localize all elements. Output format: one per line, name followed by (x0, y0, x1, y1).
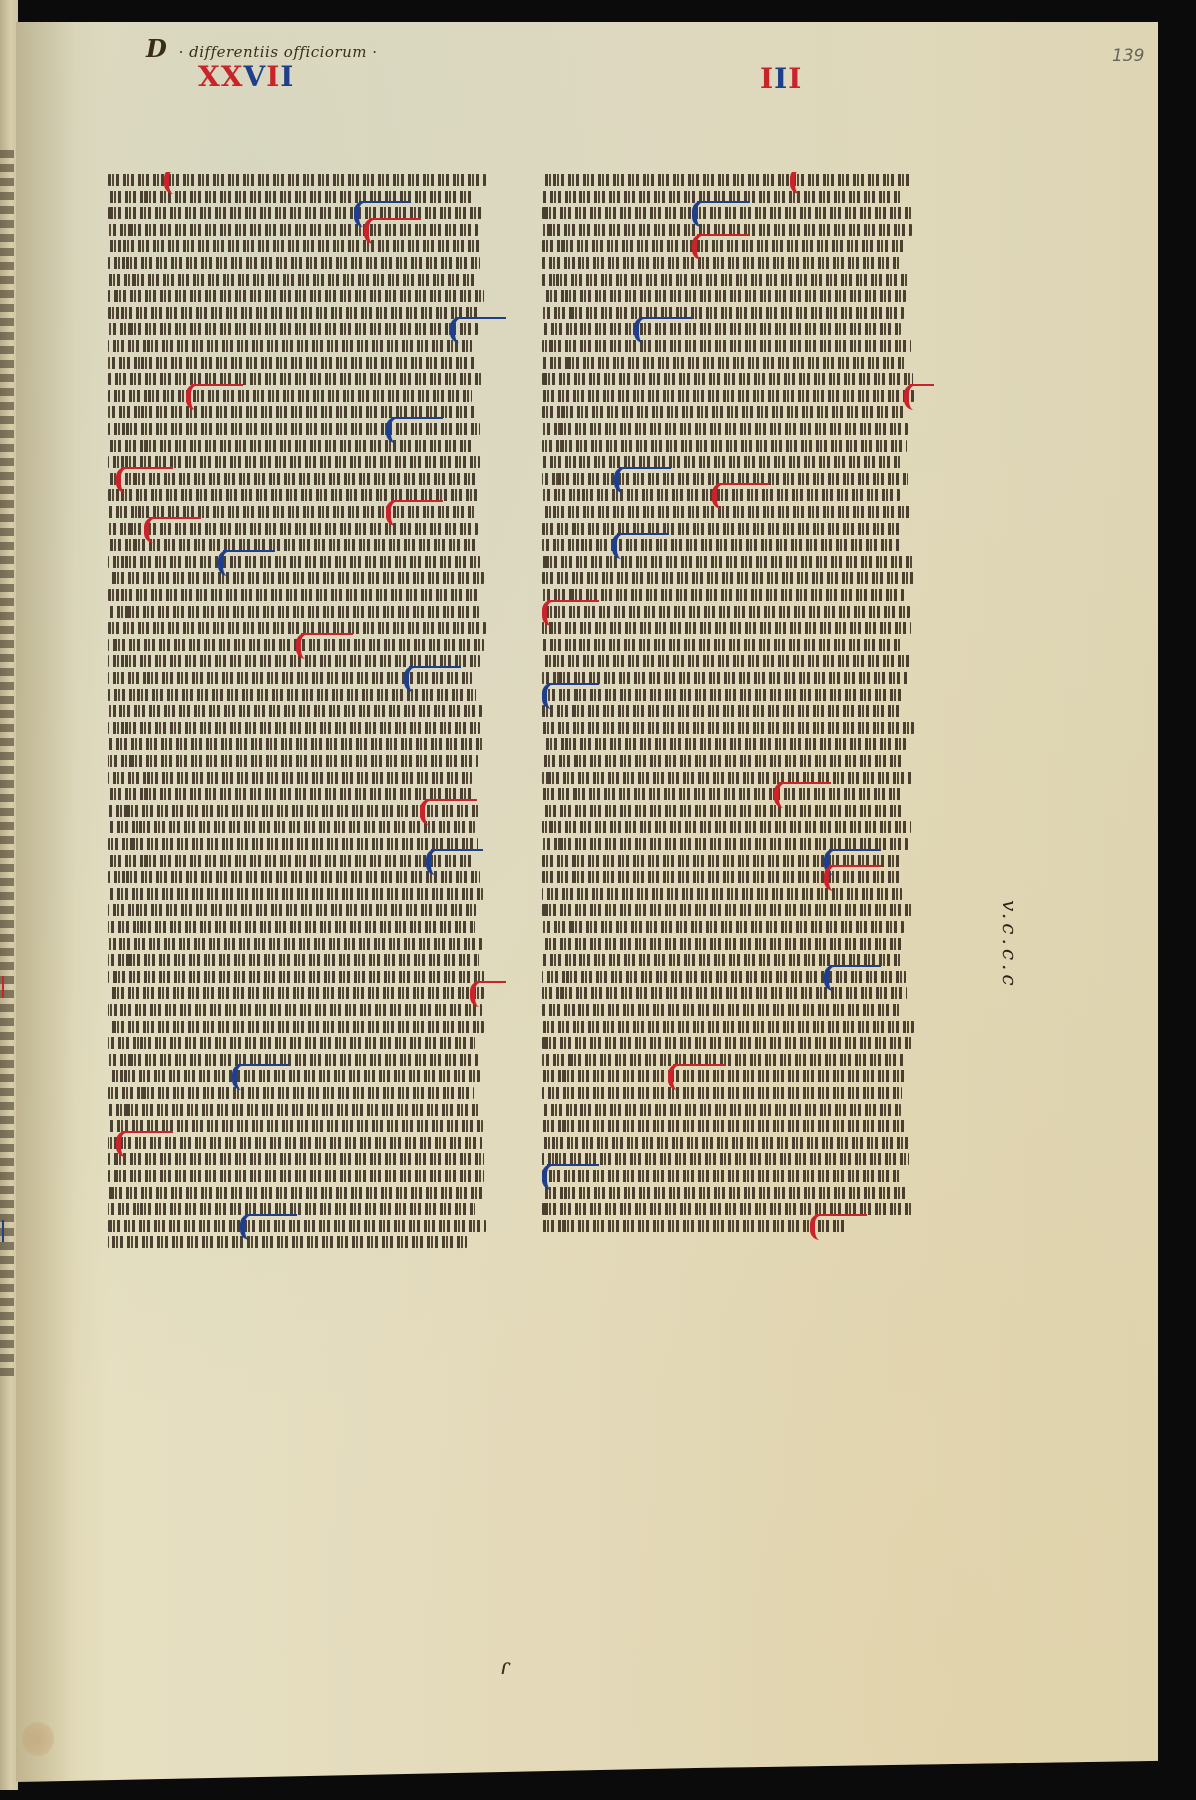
text-line (542, 1220, 847, 1232)
paragraph-mark-blue (542, 1164, 563, 1190)
text-line (108, 1021, 484, 1033)
text-line (108, 722, 480, 734)
text-line (542, 556, 913, 568)
paragraph-mark-red (542, 600, 563, 626)
text-line (542, 456, 901, 468)
paragraph-mark-red (364, 218, 385, 244)
text-line (542, 323, 901, 335)
paragraph-mark-red (692, 234, 713, 260)
numeral-letter: V (243, 60, 266, 93)
text-line (108, 855, 473, 867)
text-line (108, 772, 472, 784)
text-line (108, 340, 472, 352)
text-line (542, 1037, 913, 1049)
text-line (542, 738, 906, 750)
paragraph-mark-blue (612, 533, 633, 559)
text-line (108, 290, 484, 302)
text-line (108, 1037, 475, 1049)
text-line (108, 838, 478, 850)
paragraph-mark-blue (542, 683, 563, 709)
text-line (108, 788, 473, 800)
text-line (542, 622, 911, 634)
text-line (542, 423, 908, 435)
text-line (542, 523, 903, 535)
text-line (542, 257, 901, 269)
paragraph-mark-red (790, 172, 811, 194)
paragraph-mark-blue (692, 201, 713, 227)
text-line (108, 423, 480, 435)
paragraph-mark-blue (450, 317, 471, 343)
text-line (108, 556, 480, 568)
text-line (542, 274, 909, 286)
numeral-letter: I (280, 60, 294, 93)
text-line (108, 1170, 484, 1182)
paragraph-mark-red (904, 384, 925, 410)
text-line (542, 357, 905, 369)
text-line (108, 1087, 474, 1099)
folio-number: 139 (1112, 46, 1144, 66)
numeral-letter: I (788, 62, 802, 95)
left-chapter-numeral: XXVII (198, 60, 294, 93)
paragraph-mark-red (810, 1214, 831, 1240)
text-line (108, 1137, 482, 1149)
text-line (108, 921, 475, 933)
text-line (108, 357, 475, 369)
bottom-margin-mark: ɾ (500, 1655, 510, 1680)
paragraph-mark-red (296, 633, 317, 659)
text-line (108, 257, 480, 269)
running-head: D · differentiis officiorum · (146, 34, 378, 63)
paragraph-mark-blue (404, 666, 425, 692)
text-line (108, 738, 483, 750)
numeral-letter: I (760, 62, 774, 95)
text-line (542, 307, 904, 319)
text-line (542, 755, 903, 767)
right-text-column (542, 172, 934, 1254)
text-line (542, 971, 906, 983)
text-line (108, 440, 473, 452)
parchment-stain (22, 1722, 54, 1756)
text-line (108, 589, 481, 601)
text-line (108, 954, 479, 966)
text-line (108, 390, 472, 402)
marginal-annotation: v.c.c.c (998, 900, 1022, 990)
paragraph-mark-blue (218, 550, 239, 576)
paragraph-mark-blue (386, 417, 407, 443)
text-line (542, 772, 912, 784)
text-line (542, 406, 907, 418)
text-line (108, 1236, 467, 1248)
text-line (542, 1004, 901, 1016)
numeral-letter: I (774, 62, 788, 95)
text-line (108, 755, 478, 767)
text-line (108, 1187, 485, 1199)
text-line (108, 373, 483, 385)
text-line (542, 788, 903, 800)
text-line (108, 1220, 486, 1232)
paragraph-mark-blue (824, 965, 845, 991)
text-line (108, 622, 486, 634)
text-line (542, 240, 907, 252)
text-line (108, 606, 479, 618)
text-line (542, 174, 910, 186)
paragraph-mark-blue (240, 1214, 261, 1240)
text-line (542, 1187, 906, 1199)
text-line (108, 191, 473, 203)
text-line (542, 1087, 902, 1099)
text-line (108, 1104, 479, 1116)
text-line (542, 290, 906, 302)
text-line (542, 871, 903, 883)
text-line (108, 987, 484, 999)
text-line (542, 888, 902, 900)
text-line (108, 307, 481, 319)
text-line (542, 1104, 901, 1116)
facing-rubric-mark (2, 976, 10, 998)
text-line (542, 938, 902, 950)
running-head-text: · differentiis officiorum · (179, 43, 378, 61)
text-line (108, 971, 484, 983)
numeral-letter: XX (198, 60, 243, 93)
text-line (542, 539, 900, 551)
text-line (108, 473, 477, 485)
text-line (542, 689, 903, 701)
paragraph-mark-red (116, 467, 137, 493)
paragraph-mark-red (386, 500, 407, 526)
facing-page-text (0, 150, 14, 1380)
text-line (108, 1153, 484, 1165)
paragraph-mark-red (470, 981, 491, 1007)
paragraph-mark-red (164, 172, 185, 194)
left-text-column (108, 172, 506, 1271)
text-line (542, 1170, 901, 1182)
text-line (108, 1054, 478, 1066)
text-line (542, 705, 903, 717)
text-line (542, 821, 911, 833)
paragraph-mark-red (824, 865, 845, 891)
text-line (542, 1137, 910, 1149)
text-line (108, 904, 476, 916)
text-line (542, 655, 910, 667)
text-line (542, 921, 904, 933)
paragraph-mark-red (144, 517, 165, 543)
text-line (108, 705, 482, 717)
text-line (108, 274, 477, 286)
text-line (108, 572, 484, 584)
text-line (542, 390, 914, 402)
text-line (108, 888, 483, 900)
paragraph-mark-red (774, 782, 795, 808)
text-line (108, 207, 485, 219)
text-line (108, 1004, 482, 1016)
text-line (108, 323, 478, 335)
paragraph-mark-blue (614, 467, 635, 493)
text-line (542, 340, 911, 352)
text-line (108, 821, 475, 833)
text-line (542, 904, 913, 916)
text-line (542, 722, 914, 734)
text-line (108, 1070, 480, 1082)
right-chapter-numeral: III (760, 62, 802, 95)
paragraph-mark-red (712, 483, 733, 509)
text-line (542, 606, 910, 618)
paragraph-mark-blue (426, 849, 447, 875)
text-line (542, 1021, 914, 1033)
text-line (542, 987, 907, 999)
text-line (108, 871, 480, 883)
facing-lombard-mark (2, 1220, 10, 1242)
paragraph-mark-blue (232, 1064, 253, 1090)
numeral-letter: I (266, 60, 280, 93)
paragraph-mark-red (186, 384, 207, 410)
running-head-initial: D (146, 34, 167, 63)
text-line (542, 639, 901, 651)
text-line (542, 373, 913, 385)
text-line (108, 240, 481, 252)
text-line (542, 207, 913, 219)
text-line (108, 224, 478, 236)
paragraph-mark-red (420, 799, 441, 825)
text-line (542, 572, 914, 584)
gutter-shadow (16, 22, 76, 1782)
paragraph-mark-red (668, 1064, 689, 1090)
text-line (542, 1070, 907, 1082)
text-line (108, 938, 482, 950)
text-line (542, 440, 907, 452)
text-line (542, 805, 902, 817)
paragraph-mark-red (116, 1131, 137, 1157)
text-line (542, 1120, 907, 1132)
paragraph-mark-blue (634, 317, 655, 343)
